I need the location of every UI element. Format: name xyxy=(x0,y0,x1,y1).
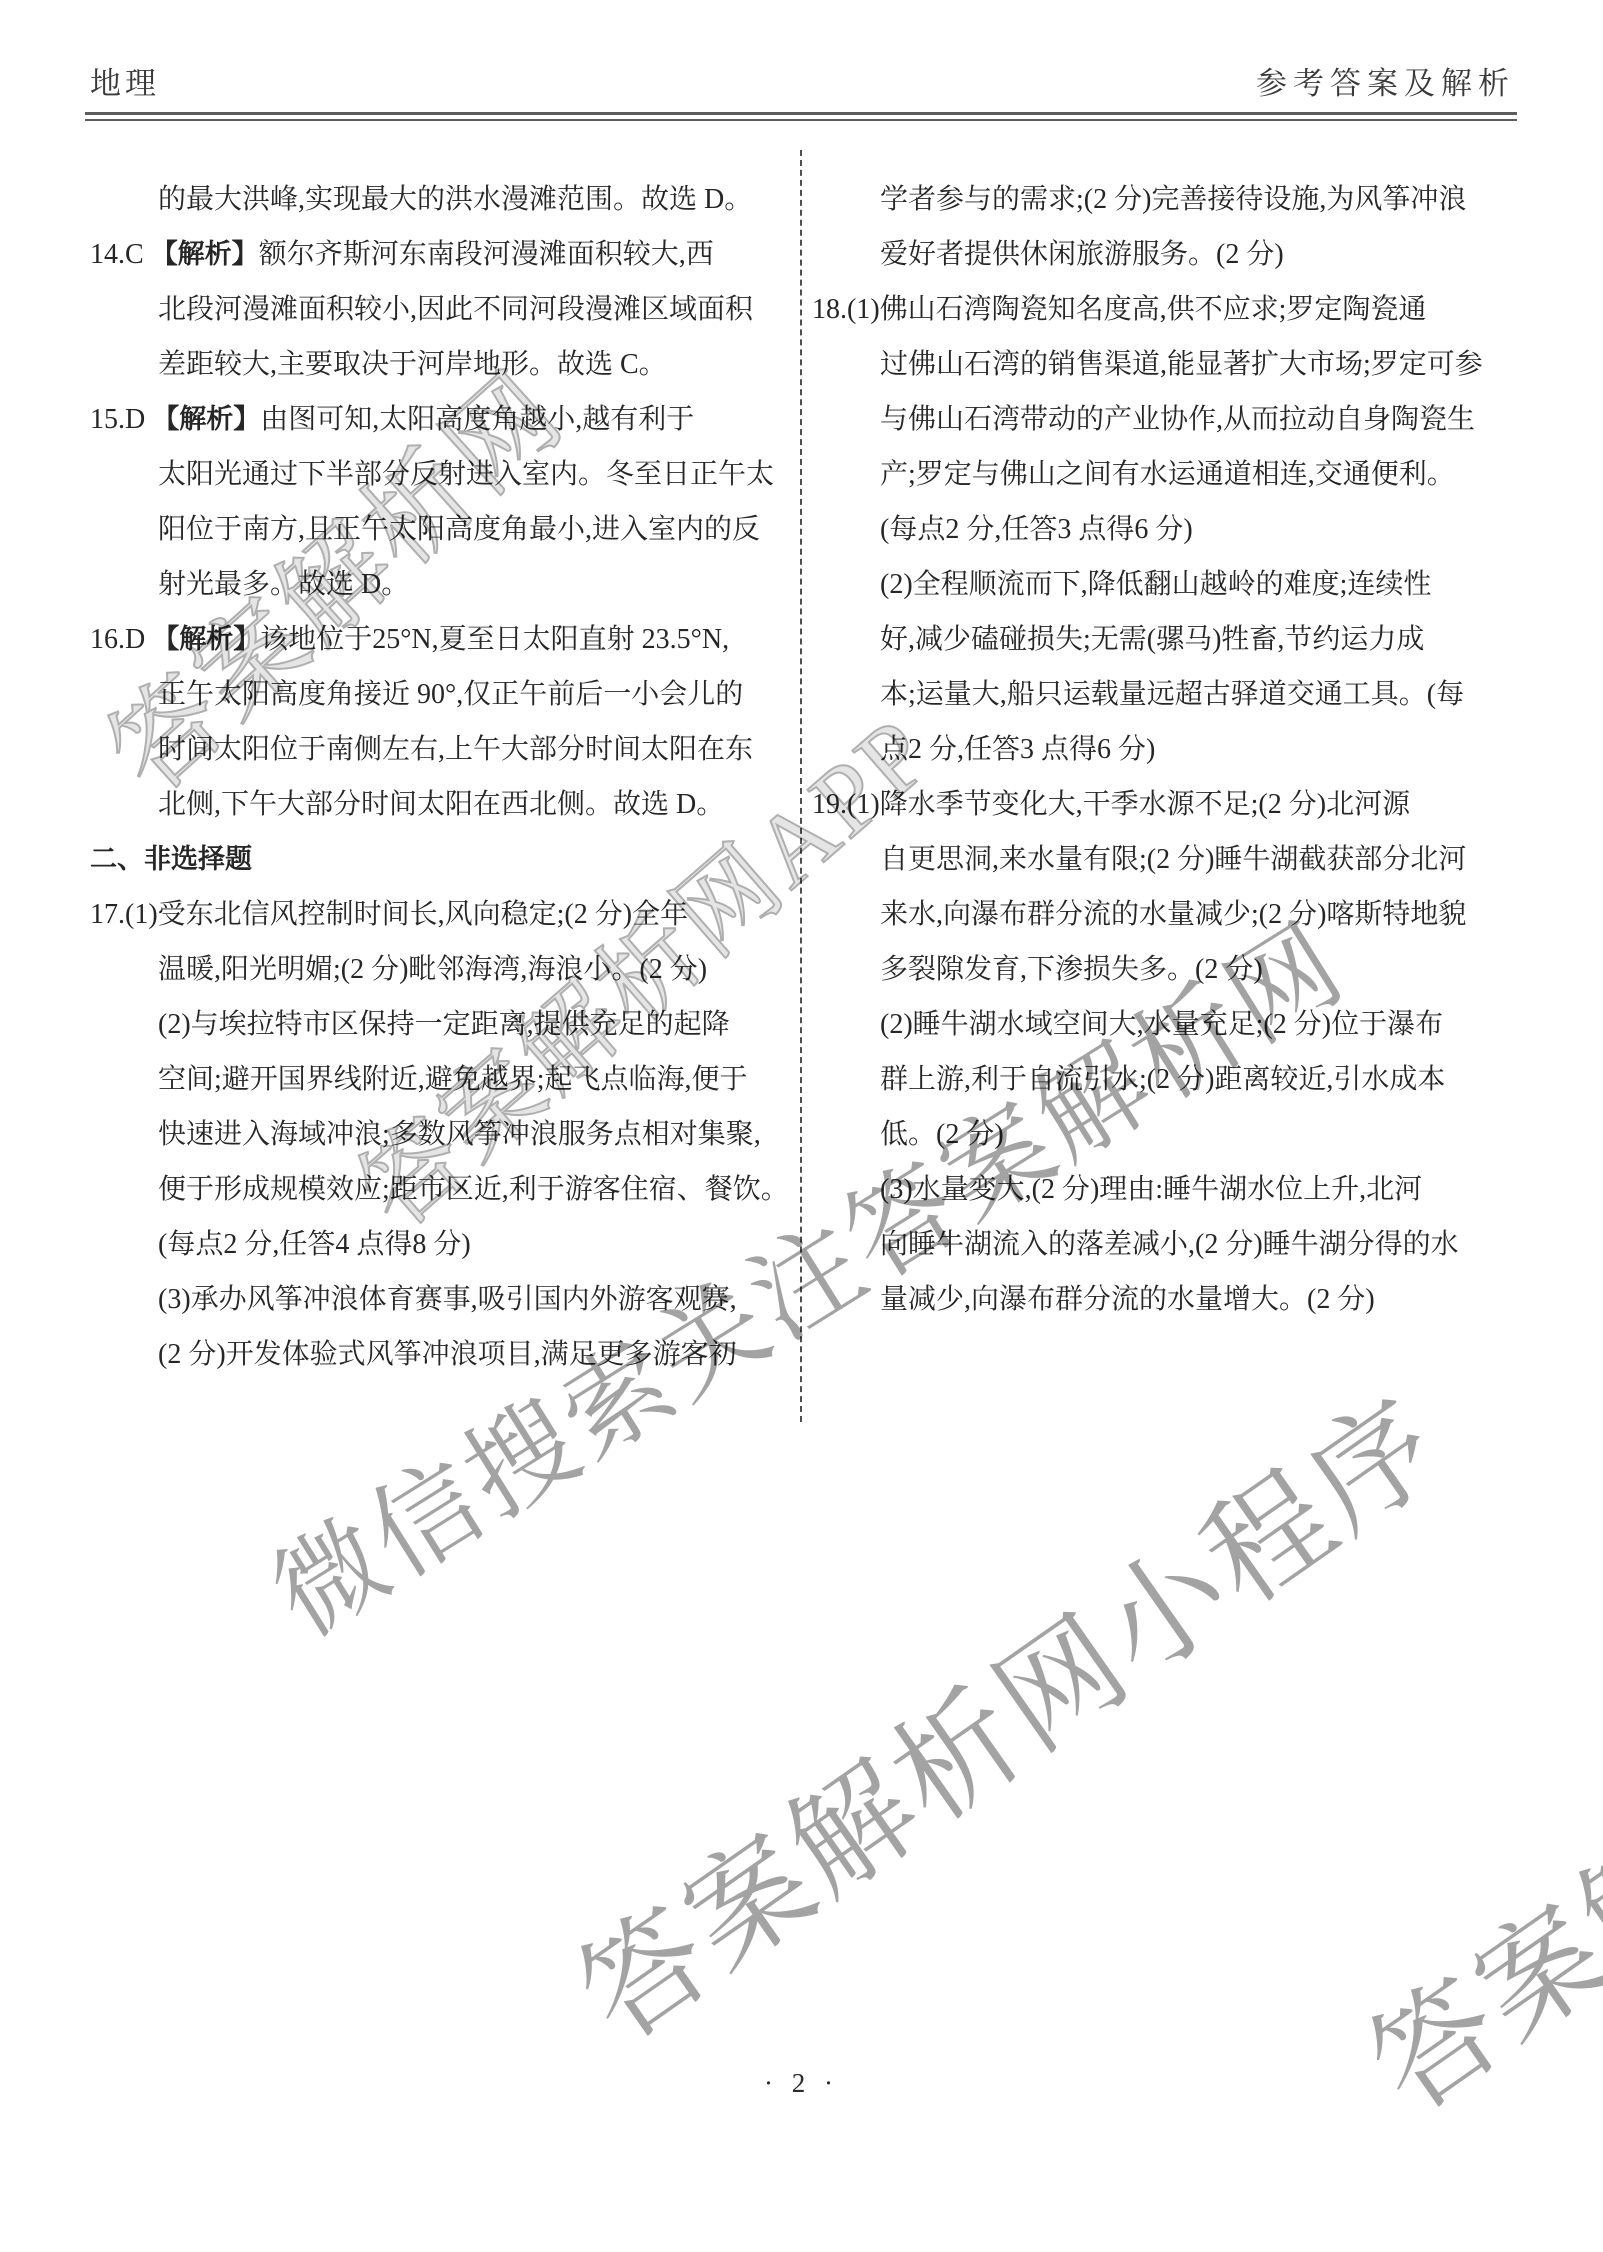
answer-line: (2 分)开发体验式风筝冲浪项目,满足更多游客初 xyxy=(90,1327,785,1382)
header-subject-title: 地理 xyxy=(90,62,160,106)
answer-line-text: 该地位于25°N,夏至日太阳直射 23.5°N, xyxy=(260,624,729,655)
answer-line-text: 空间;避开国界线附近,避免越界;起飞点临海,便于 xyxy=(158,1064,748,1095)
answer-line: 14.C 【解析】额尔齐斯河东南段河漫滩面积较大,西 xyxy=(90,227,785,282)
answer-line-bold-segment: 【解析】 xyxy=(152,624,260,654)
answer-line: (每点2 分,任答4 点得8 分) xyxy=(90,1217,785,1272)
answer-line-text: 快速进入海域冲浪;多数风筝冲浪服务点相对集聚, xyxy=(158,1119,761,1150)
answer-line-text: 17.(1)受东北信风控制时间长,风向稳定;(2 分)全年 xyxy=(90,899,688,930)
answer-line: (2)全程顺流而下,降低翻山越岭的难度;连续性 xyxy=(812,557,1518,612)
answer-line: 空间;避开国界线附近,避免越界;起飞点临海,便于 xyxy=(90,1052,785,1107)
answer-line: 快速进入海域冲浪;多数风筝冲浪服务点相对集聚, xyxy=(90,1107,785,1162)
answer-line: (2)与埃拉特市区保持一定距离,提供充足的起降 xyxy=(90,997,785,1052)
answer-line: 17.(1)受东北信风控制时间长,风向稳定;(2 分)全年 xyxy=(90,887,785,942)
answer-line: 多裂隙发育,下渗损失多。(2 分) xyxy=(812,942,1518,997)
answer-line-text: (每点2 分,任答3 点得6 分) xyxy=(880,514,1193,545)
answer-line-bold-segment: 【解析】 xyxy=(151,239,259,269)
answer-line-text: (2)睡牛湖水域空间大,水量充足;(2 分)位于瀑布 xyxy=(880,1009,1443,1040)
answer-line-text: 射光最多。故选 D。 xyxy=(158,569,409,600)
answer-line-text: 低。(2 分) xyxy=(880,1119,1004,1150)
answer-line-text: (2 分)开发体验式风筝冲浪项目,满足更多游客初 xyxy=(158,1339,737,1370)
answer-line-text: 便于形成规模效应;距市区近,利于游客住宿、餐饮。 xyxy=(158,1174,789,1205)
answer-line-text: (每点2 分,任答4 点得8 分) xyxy=(158,1229,471,1260)
answer-line: 自更思洞,来水量有限;(2 分)睡牛湖截获部分北河 xyxy=(812,832,1518,887)
answer-line: (每点2 分,任答3 点得6 分) xyxy=(812,502,1518,557)
column-divider-dashed-line xyxy=(800,150,802,1422)
answer-line-text: (3)承办风筝冲浪体育赛事,吸引国内外游客观赛, xyxy=(158,1284,737,1315)
answer-line-text: 过佛山石湾的销售渠道,能显著扩大市场;罗定可参 xyxy=(880,349,1483,380)
header-answer-key-title: 参考答案及解析 xyxy=(1256,62,1515,106)
answer-line-text: 多裂隙发育,下渗损失多。(2 分) xyxy=(880,954,1263,985)
answer-sheet-page: 地理 参考答案及解析 的最大洪峰,实现最大的洪水漫滩范围。故选 D。14.C 【… xyxy=(0,0,1603,2252)
right-column: 学者参与的需求;(2 分)完善接待设施,为风筝冲浪爱好者提供休闲旅游服务。(2 … xyxy=(812,172,1518,1327)
header-double-rule xyxy=(85,112,1517,121)
answer-line: 学者参与的需求;(2 分)完善接待设施,为风筝冲浪 xyxy=(812,172,1518,227)
answer-line: 正午太阳高度角接近 90°,仅正午前后一小会儿的 xyxy=(90,667,785,722)
answer-line-text: (2)全程顺流而下,降低翻山越岭的难度;连续性 xyxy=(880,569,1431,600)
left-column: 的最大洪峰,实现最大的洪水漫滩范围。故选 D。14.C 【解析】额尔齐斯河东南段… xyxy=(90,172,785,1382)
answer-line-text: 阳位于南方,且正午太阳高度角最小,进入室内的反 xyxy=(158,514,760,545)
answer-line-text: 15.D xyxy=(90,404,152,435)
answer-line-text: 温暖,阳光明媚;(2 分)毗邻海湾,海浪小。(2 分) xyxy=(158,954,707,985)
answer-line: 北侧,下午大部分时间太阳在西北侧。故选 D。 xyxy=(90,777,785,832)
answer-line-text: 太阳光通过下半部分反射进入室内。冬至日正午太 xyxy=(158,459,774,490)
answer-line: 的最大洪峰,实现最大的洪水漫滩范围。故选 D。 xyxy=(90,172,785,227)
answer-line-text: 爱好者提供休闲旅游服务。(2 分) xyxy=(880,239,1284,270)
answer-line-text: 14.C xyxy=(90,239,151,270)
answer-line: 量减少,向瀑布群分流的水量增大。(2 分) xyxy=(812,1272,1518,1327)
answer-line: 太阳光通过下半部分反射进入室内。冬至日正午太 xyxy=(90,447,785,502)
answer-line: (3)承办风筝冲浪体育赛事,吸引国内外游客观赛, xyxy=(90,1272,785,1327)
answer-line: 向睡牛湖流入的落差减小,(2 分)睡牛湖分得的水 xyxy=(812,1217,1518,1272)
answer-line-text: 16.D xyxy=(90,624,152,655)
answer-line-text: 19.(1)降水季节变化大,干季水源不足;(2 分)北河源 xyxy=(812,789,1410,820)
answer-line-text: 群上游,利于自流引水;(2 分)距离较近,引水成本 xyxy=(880,1064,1445,1095)
answer-line: 差距较大,主要取决于河岸地形。故选 C。 xyxy=(90,337,785,392)
answer-line: 二、非选择题 xyxy=(90,832,785,887)
answer-line-text: 与佛山石湾带动的产业协作,从而拉动自身陶瓷生 xyxy=(880,404,1475,435)
answer-line-text: 由图可知,太阳高度角越小,越有利于 xyxy=(260,404,694,435)
answer-line-text: (2)与埃拉特市区保持一定距离,提供充足的起降 xyxy=(158,1009,730,1040)
answer-line: 北段河漫滩面积较小,因此不同河段漫滩区域面积 xyxy=(90,282,785,337)
answer-line-text: 产;罗定与佛山之间有水运通道相连,交通便利。 xyxy=(880,459,1455,490)
answer-line-text: 正午太阳高度角接近 90°,仅正午前后一小会儿的 xyxy=(158,679,743,710)
answer-line-bold-segment: 【解析】 xyxy=(152,404,260,434)
answer-line: 本;运量大,船只运载量远超古驿道交通工具。(每 xyxy=(812,667,1518,722)
answer-line-text: 北侧,下午大部分时间太阳在西北侧。故选 D。 xyxy=(158,789,724,820)
answer-line: 点2 分,任答3 点得6 分) xyxy=(812,722,1518,777)
answer-line-text: 来水,向瀑布群分流的水量减少;(2 分)喀斯特地貌 xyxy=(880,899,1466,930)
answer-line: 来水,向瀑布群分流的水量减少;(2 分)喀斯特地貌 xyxy=(812,887,1518,942)
answer-line-text: 好,减少磕碰损失;无需(骡马)牲畜,节约运力成 xyxy=(880,624,1424,655)
answer-line-text: 自更思洞,来水量有限;(2 分)睡牛湖截获部分北河 xyxy=(880,844,1466,875)
answer-line-text: 北段河漫滩面积较小,因此不同河段漫滩区域面积 xyxy=(158,294,753,325)
answer-line: 射光最多。故选 D。 xyxy=(90,557,785,612)
answer-line: 群上游,利于自流引水;(2 分)距离较近,引水成本 xyxy=(812,1052,1518,1107)
answer-line: (3)水量变大,(2 分)理由:睡牛湖水位上升,北河 xyxy=(812,1162,1518,1217)
answer-line: 与佛山石湾带动的产业协作,从而拉动自身陶瓷生 xyxy=(812,392,1518,447)
answer-line: 过佛山石湾的销售渠道,能显著扩大市场;罗定可参 xyxy=(812,337,1518,392)
answer-line-text: 学者参与的需求;(2 分)完善接待设施,为风筝冲浪 xyxy=(880,184,1466,215)
answer-line-text: 差距较大,主要取决于河岸地形。故选 C。 xyxy=(158,349,667,380)
answer-line: 好,减少磕碰损失;无需(骡马)牲畜,节约运力成 xyxy=(812,612,1518,667)
answer-line: 15.D 【解析】由图可知,太阳高度角越小,越有利于 xyxy=(90,392,785,447)
answer-line-text: 额尔齐斯河东南段河漫滩面积较大,西 xyxy=(259,239,714,270)
answer-line: 产;罗定与佛山之间有水运通道相连,交通便利。 xyxy=(812,447,1518,502)
answer-line: (2)睡牛湖水域空间大,水量充足;(2 分)位于瀑布 xyxy=(812,997,1518,1052)
answer-line-text: 点2 分,任答3 点得6 分) xyxy=(880,734,1155,765)
answer-line: 时间太阳位于南侧左右,上午大部分时间太阳在东 xyxy=(90,722,785,777)
diagonal-watermark: 答案解析网小程序 xyxy=(539,1347,1471,2073)
answer-line-text: 的最大洪峰,实现最大的洪水漫滩范围。故选 D。 xyxy=(158,184,752,215)
answer-line: 阳位于南方,且正午太阳高度角最小,进入室内的反 xyxy=(90,502,785,557)
answer-line-text: 量减少,向瀑布群分流的水量增大。(2 分) xyxy=(880,1284,1375,1315)
answer-line-text: 时间太阳位于南侧左右,上午大部分时间太阳在东 xyxy=(158,734,753,765)
answer-line: 19.(1)降水季节变化大,干季水源不足;(2 分)北河源 xyxy=(812,777,1518,832)
answer-line-bold-segment: 二、非选择题 xyxy=(90,844,252,874)
answer-line-text: (3)水量变大,(2 分)理由:睡牛湖水位上升,北河 xyxy=(880,1174,1422,1205)
answer-line-text: 本;运量大,船只运载量远超古驿道交通工具。(每 xyxy=(880,679,1464,710)
answer-line: 温暖,阳光明媚;(2 分)毗邻海湾,海浪小。(2 分) xyxy=(90,942,785,997)
answer-line-text: 18.(1)佛山石湾陶瓷知名度高,供不应求;罗定陶瓷通 xyxy=(812,294,1426,325)
answer-line: 16.D 【解析】该地位于25°N,夏至日太阳直射 23.5°N, xyxy=(90,612,785,667)
answer-line: 爱好者提供休闲旅游服务。(2 分) xyxy=(812,227,1518,282)
answer-line-text: 向睡牛湖流入的落差减小,(2 分)睡牛湖分得的水 xyxy=(880,1229,1459,1260)
answer-line: 18.(1)佛山石湾陶瓷知名度高,供不应求;罗定陶瓷通 xyxy=(812,282,1518,337)
page-number: · 2 · xyxy=(0,2068,1603,2099)
answer-line: 低。(2 分) xyxy=(812,1107,1518,1162)
answer-line: 便于形成规模效应;距市区近,利于游客住宿、餐饮。 xyxy=(90,1162,785,1217)
